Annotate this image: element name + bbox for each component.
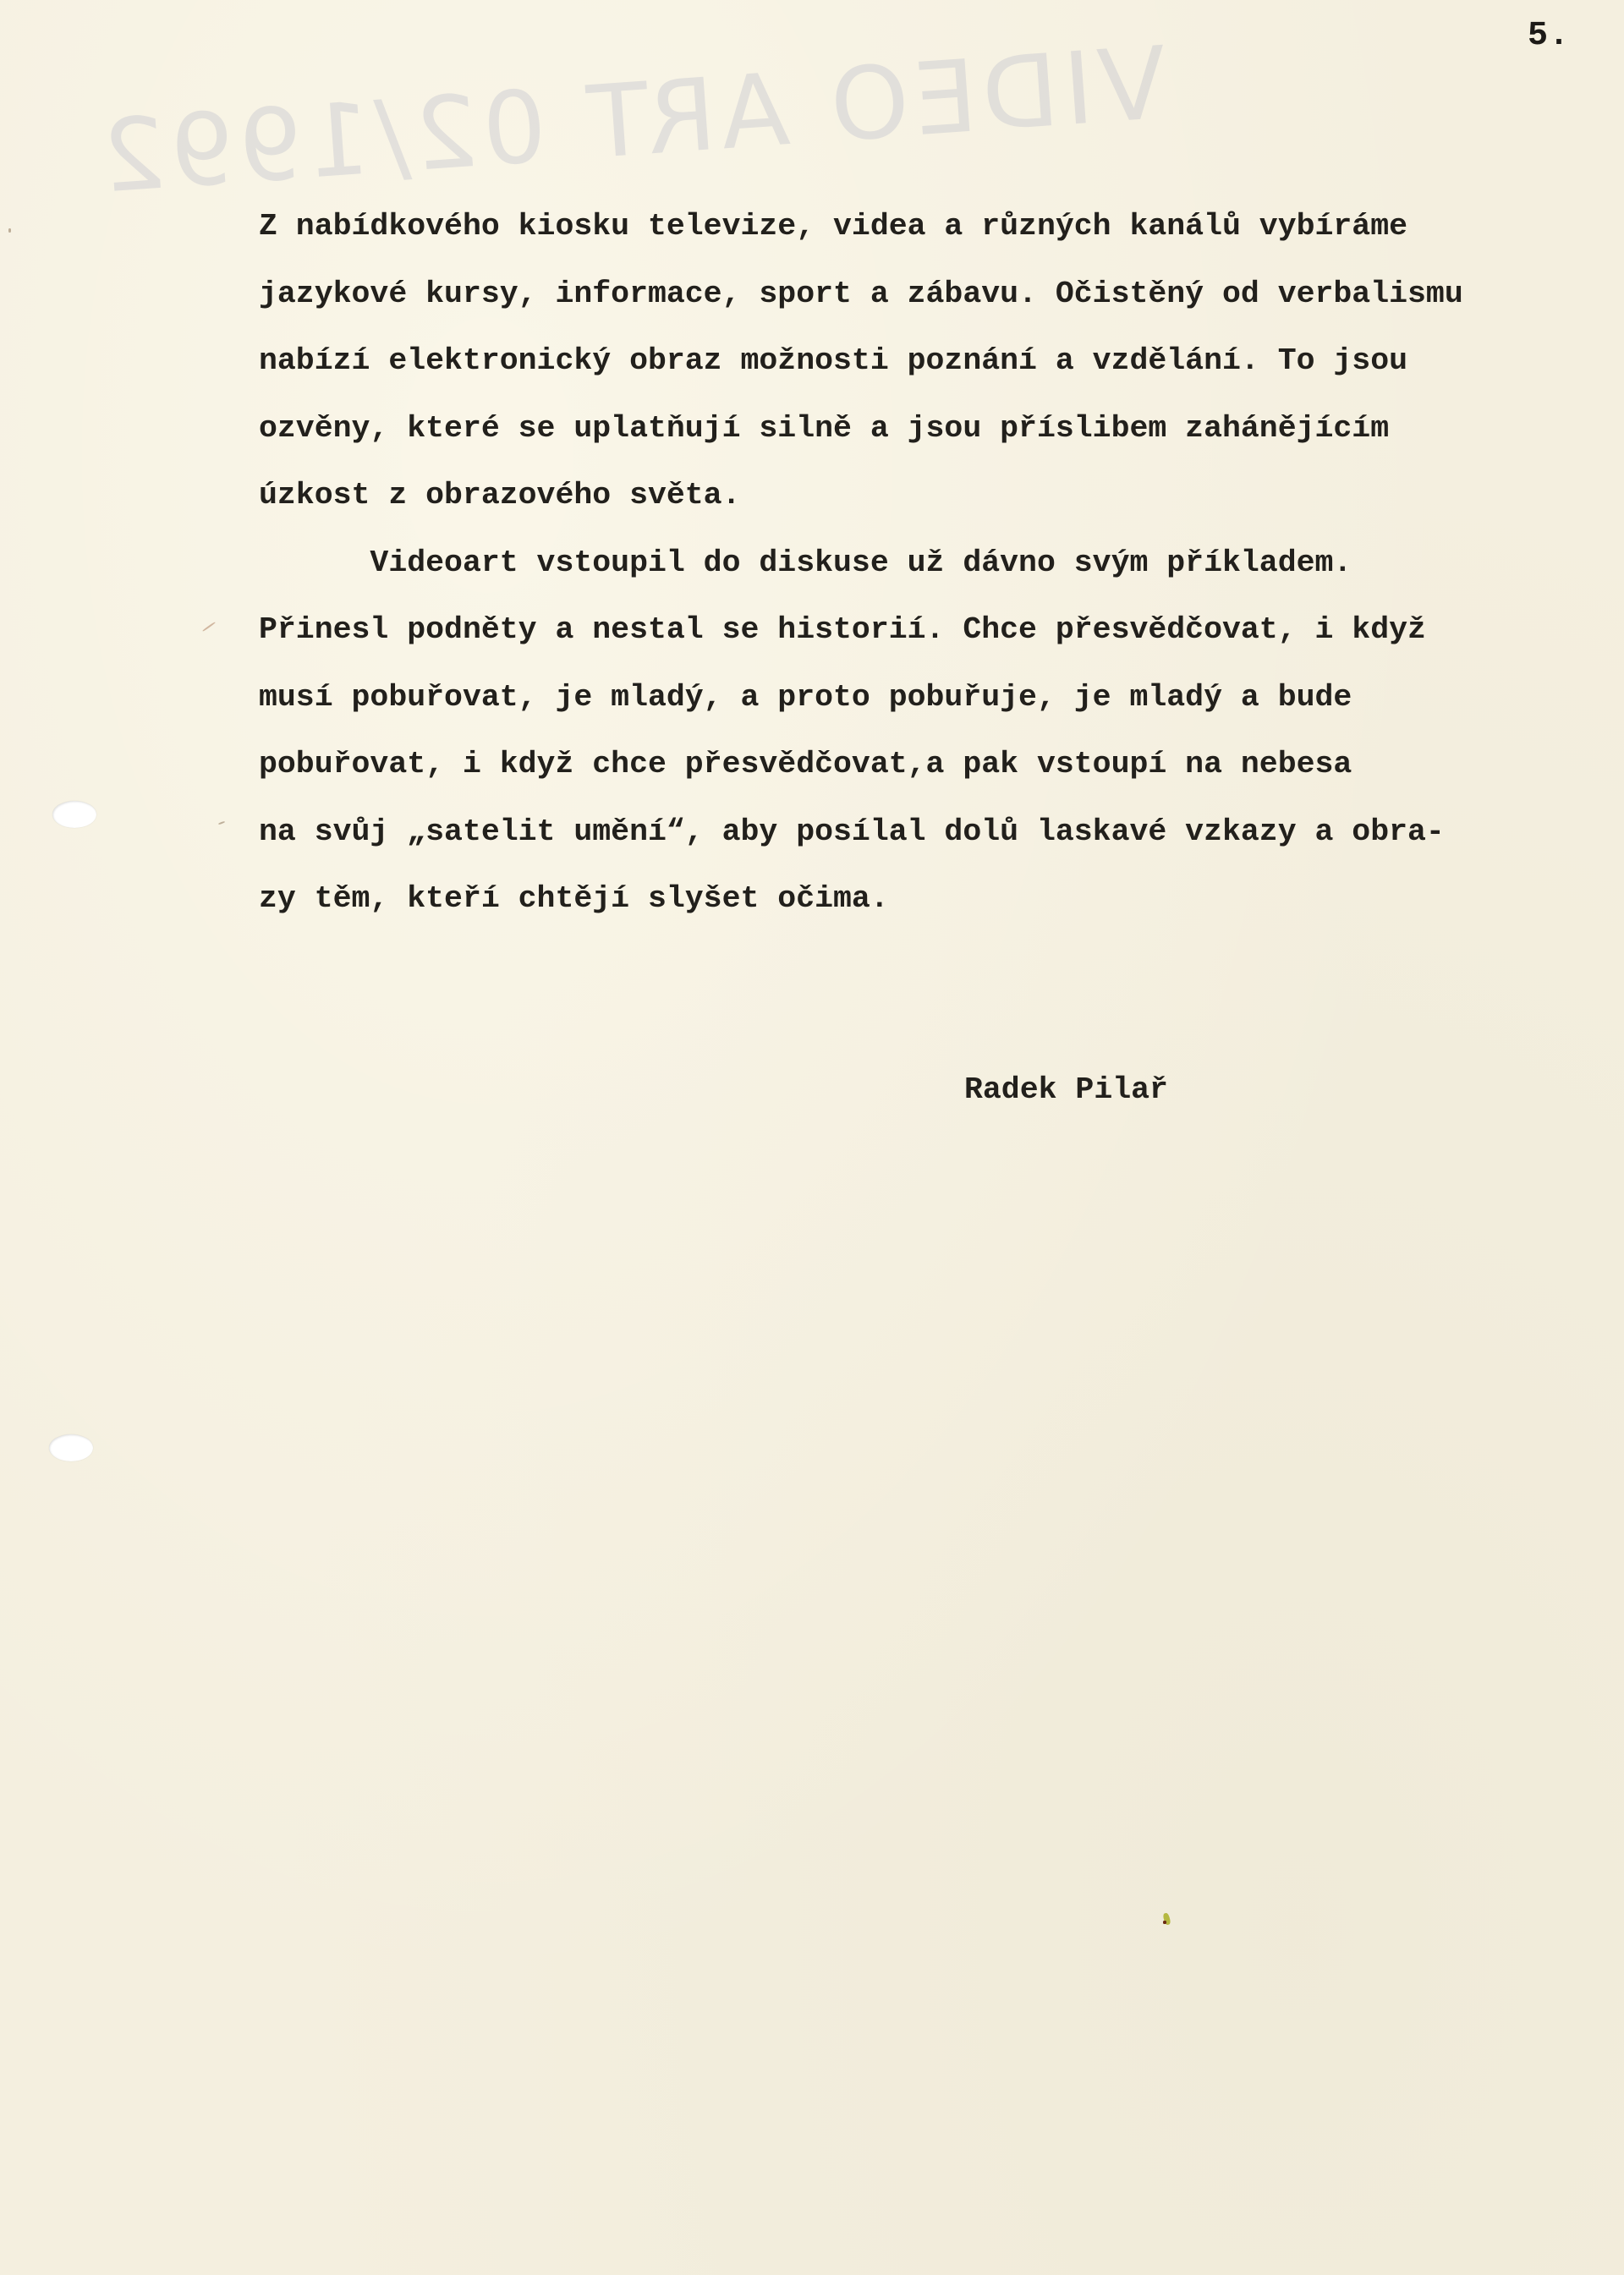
text-line: jazykové kursy, informace, sport a zábav… [259,260,1578,328]
punch-hole [49,1434,93,1461]
paragraph-2: Videoart vstoupil do diskuse už dávno sv… [259,529,1578,933]
text-line: pobuřovat, i když chce přesvědčovat,a pa… [259,731,1578,798]
paragraph-1: Z nabídkového kiosku televize, videa a r… [259,193,1578,529]
body-text: Z nabídkového kiosku televize, videa a r… [259,193,1578,933]
text-line: úzkost z obrazového světa. [259,462,1578,529]
page-number: 5. [1528,17,1570,55]
text-line: musí pobuřovat, je mladý, a proto pobuřu… [259,664,1578,732]
paper-mark [202,622,216,632]
paper-mark [8,228,11,233]
text-line: Videoart vstoupil do diskuse už dávno sv… [259,529,1578,597]
reverse-side-pencil-annotation: VIDEO ART 02/1992 [403,25,1170,194]
punch-hole [52,801,96,828]
text-line: Z nabídkového kiosku televize, videa a r… [259,193,1578,260]
text-line: nabízí elektronický obraz možnosti pozná… [259,327,1578,395]
text-line: na svůj „satelit umění“, aby posílal dol… [259,798,1578,866]
text-line: ozvěny, které se uplatňují silně a jsou … [259,395,1578,463]
text-line: Přinesl podněty a nestal se historií. Ch… [259,596,1578,664]
paper-mark [218,821,225,825]
text-line: zy těm, kteří chtějí slyšet očima. [259,865,1578,933]
author-signature: Radek Pilař [964,1072,1168,1107]
paper-stain [1163,1921,1166,1924]
